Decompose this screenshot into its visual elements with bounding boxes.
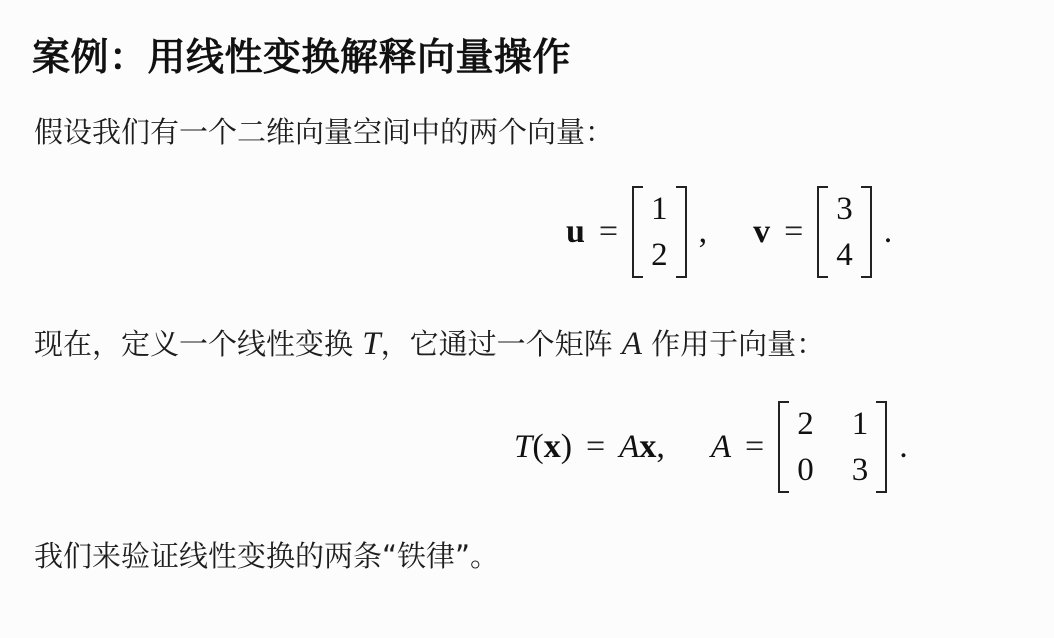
vector-u: 1 2 bbox=[632, 186, 687, 278]
close-paren: ) bbox=[561, 428, 572, 466]
vector-v-entry: 3 bbox=[836, 191, 853, 228]
page-heading: 案例：用线性变换解释向量操作 bbox=[32, 26, 571, 81]
vector-u-entry: 1 bbox=[651, 191, 668, 228]
matrix-A: A bbox=[619, 429, 639, 466]
vector-v-entry: 4 bbox=[836, 237, 853, 274]
matrix-entry: 2 bbox=[797, 406, 814, 443]
period: . bbox=[884, 213, 893, 251]
right-bracket bbox=[876, 401, 887, 493]
equals-sign: = bbox=[599, 213, 618, 251]
transform-paragraph: 现在，定义一个线性变换 T，它通过一个矩阵 A 作用于向量： bbox=[34, 322, 825, 363]
matrix-entry: 0 bbox=[797, 452, 814, 489]
vector-v-label: v bbox=[753, 213, 770, 251]
vector-u-label: u bbox=[566, 213, 585, 251]
matrix-entry: 1 bbox=[852, 406, 869, 443]
matrix-A-label: A bbox=[711, 429, 731, 466]
equals-sign: = bbox=[745, 428, 764, 466]
vector-x: x bbox=[544, 428, 561, 466]
math-T: T bbox=[362, 326, 380, 362]
vector-x: x bbox=[639, 428, 656, 466]
transform-T: T bbox=[514, 429, 532, 466]
comma: , bbox=[656, 428, 665, 466]
left-bracket bbox=[632, 186, 643, 278]
matrix-A-values: 2 1 0 3 bbox=[778, 401, 887, 493]
equals-sign: = bbox=[784, 213, 803, 251]
equals-sign: = bbox=[586, 428, 605, 466]
text-segment: ，它通过一个矩阵 bbox=[381, 327, 622, 361]
transform-equation: T ( x ) = A x , A = 2 1 0 3 . bbox=[514, 400, 908, 494]
text-segment: 作用于向量： bbox=[642, 327, 825, 361]
left-bracket bbox=[817, 186, 828, 278]
comma: , bbox=[699, 213, 708, 251]
text-segment: 现在，定义一个线性变换 bbox=[34, 327, 362, 361]
right-bracket bbox=[676, 186, 687, 278]
conclusion-paragraph: 我们来验证线性变换的两条“铁律”。 bbox=[34, 534, 499, 575]
vector-u-entry: 2 bbox=[651, 237, 668, 274]
right-bracket bbox=[861, 186, 872, 278]
math-A: A bbox=[622, 326, 642, 362]
period: . bbox=[899, 428, 908, 466]
vector-v: 3 4 bbox=[817, 186, 872, 278]
matrix-entry: 3 bbox=[852, 452, 869, 489]
open-paren: ( bbox=[532, 428, 543, 466]
intro-paragraph: 假设我们有一个二维向量空间中的两个向量： bbox=[34, 110, 614, 151]
vector-definition-equation: u = 1 2 , v = 3 4 . bbox=[566, 186, 892, 278]
left-bracket bbox=[778, 401, 789, 493]
